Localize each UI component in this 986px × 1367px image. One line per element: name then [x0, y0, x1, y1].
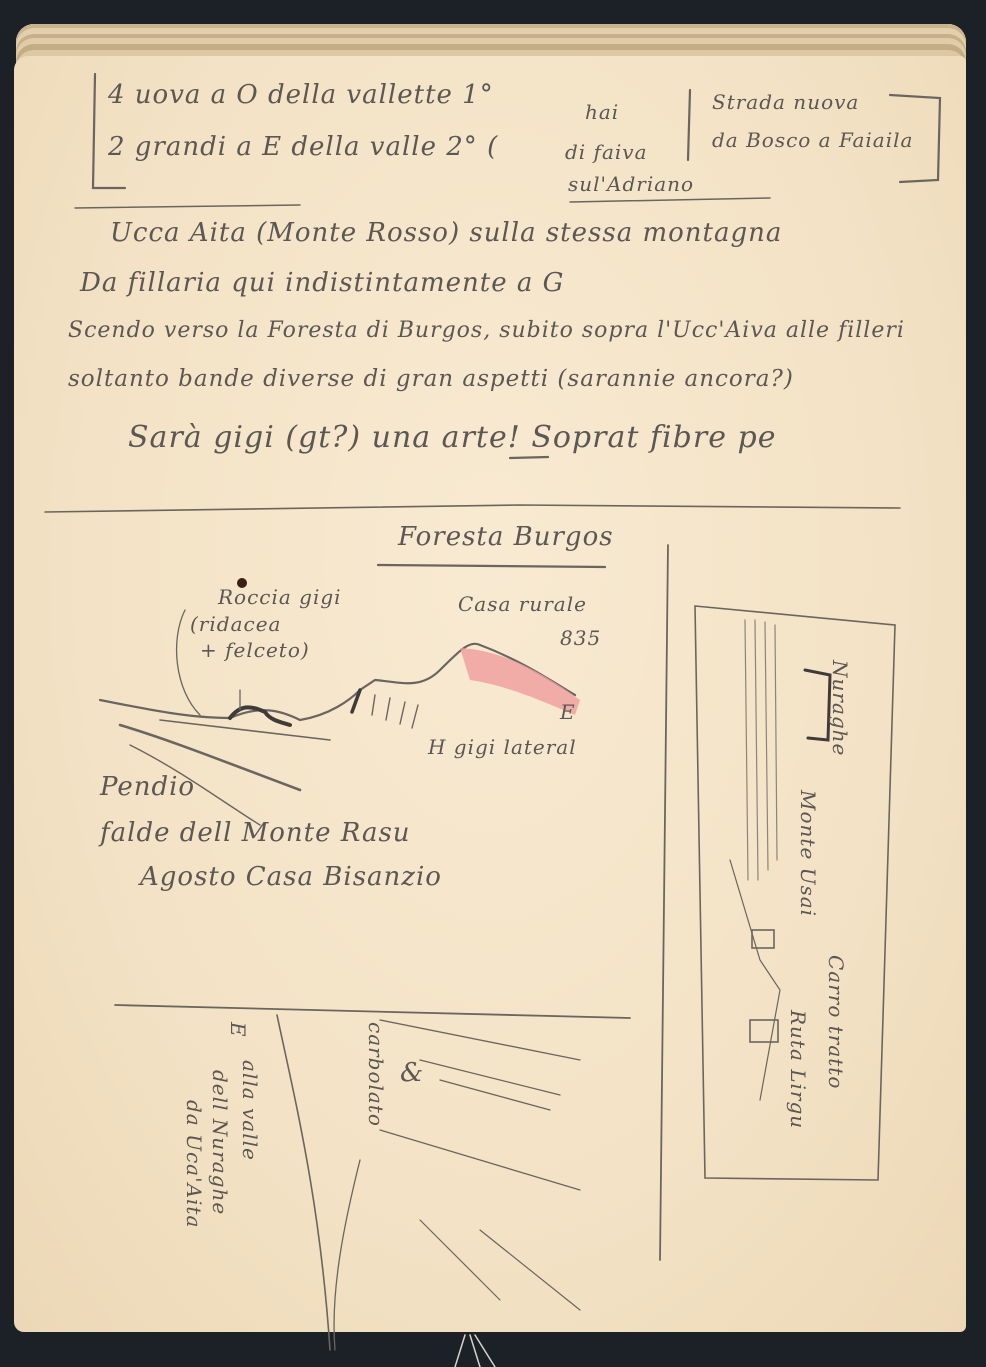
right-label-1: Nuraghe [828, 660, 852, 756]
side-note-3: sul'Adriano [568, 172, 694, 196]
sketch-label-tl-2: (ridacea [190, 612, 281, 636]
header-line-1: 4 uova a O della vallette 1° [108, 80, 494, 110]
bottom-label-carb: carbolato [364, 1022, 388, 1127]
right-label-4: Ruta Lirgu [786, 1010, 810, 1129]
body-line-1: Ucca Aita (Monte Rosso) sulla stessa mon… [110, 218, 782, 248]
sketch-label-bl-3: Agosto Casa Bisanzio [140, 862, 442, 892]
sketch-label-tl-3: + felceto) [200, 638, 310, 662]
bottom-label-amp: & [400, 1058, 424, 1088]
body-line-3: Scendo verso la Foresta di Burgos, subit… [68, 318, 905, 343]
sketch-label-tr-2: 835 [560, 626, 601, 650]
bottom-label-4: da Uca'Aita [182, 1100, 206, 1228]
side-note-1: hai [585, 100, 619, 124]
body-line-2: Da fillaria qui indistintamente a G [80, 268, 564, 298]
sketch-label-tr-1: Casa rurale [458, 592, 587, 616]
side-note-2: di faiva [565, 140, 648, 164]
sketch-label-br: H gigi lateral [428, 735, 577, 759]
bottom-label-2: alla valle [238, 1060, 262, 1161]
sketch-label-tl-1: Roccia gigi [218, 585, 342, 609]
sketch-label-bl-1: Pendio [100, 772, 195, 802]
bottom-label-1: E [226, 1022, 250, 1038]
body-line-4: soltanto bande diverse di gran aspetti (… [68, 366, 794, 392]
sketch-label-mark: E [560, 700, 576, 724]
right-label-3: Carro tratto [824, 955, 848, 1089]
bottom-label-3: dell Nuraghe [208, 1070, 232, 1215]
header-line-2: 2 grandi a E della valle 2° ( [108, 132, 498, 162]
boxed-note-2: da Bosco a Faiaila [712, 128, 913, 152]
sketch-label-bl-2: falde dell Monte Rasu [100, 818, 411, 848]
boxed-note-1: Strada nuova [712, 90, 859, 114]
right-label-2: Monte Usai [796, 790, 820, 917]
sketch-title: Foresta Burgos [398, 522, 614, 552]
body-line-5: Sarà gigi (gt?) una arte! Soprat fibre p… [128, 420, 776, 455]
